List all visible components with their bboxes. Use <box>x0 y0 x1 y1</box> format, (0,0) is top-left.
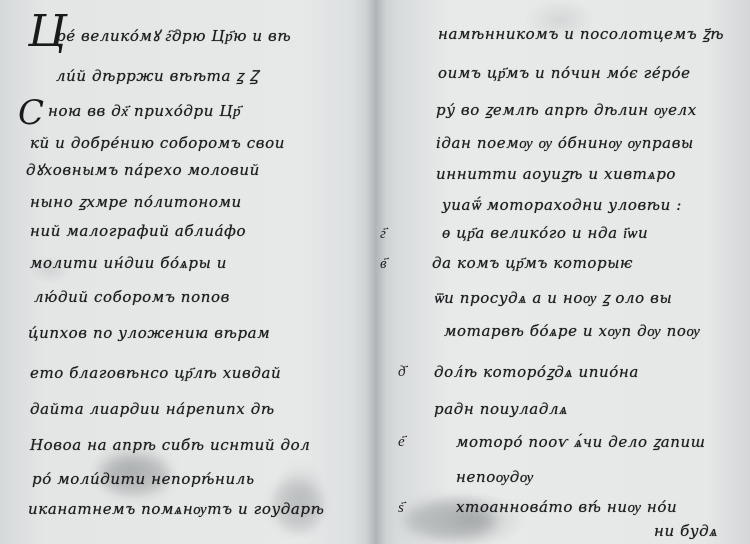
text-line: ето благовѣнсо цр҃лѣ хивдай <box>30 364 281 383</box>
text-line: моторо́ пооѵ ѧ́чи дело ꙁапиш <box>456 432 706 452</box>
manuscript-spread: Ц С ре́ велико́мꙋ г҇дрю Цр҃ю и вѣ ли́й д… <box>0 0 750 544</box>
text-line: хтоаннова́то вѣ́ ниѹ но́и <box>456 498 677 517</box>
margin-numeral: е҃ <box>398 432 405 451</box>
decorated-initial-second: С <box>18 96 44 130</box>
text-line: намѣнникомъ и посолотцемъ ꙁ҃ѣ <box>438 24 724 44</box>
margin-numeral: г҃ <box>380 224 386 243</box>
text-line: молити ин́дии бо́ѧры и <box>30 254 227 273</box>
text-line: оимъ цр҃мъ и по́чин мо́є ге́ро́е <box>438 64 691 83</box>
text-line: ѳ цр҃а велико́го и нда і҃ѡи <box>442 224 648 243</box>
text-line: ру́ во ꙁемлѣ апрѣ дѣлин ѹелх <box>436 100 697 120</box>
text-line: ли́й дѣрржи вѣѣта ꙁ Ꙁ <box>56 66 259 86</box>
right-page: намѣнникомъ и посолотцемъ ꙁ҃ѣ оимъ цр҃мъ… <box>386 0 750 544</box>
margin-numeral: в҃ <box>380 254 387 273</box>
text-line: ідан поемѹ ѹ о́бнинѹ ѹправы <box>436 134 694 153</box>
margin-numeral: д҃ <box>398 362 406 381</box>
text-line: мотарвѣ бо́ѧре и хѹп дѹ поѹ <box>444 322 700 341</box>
text-line: ни будѧ <box>654 522 718 541</box>
text-line: да комъ цр҃мъ которыѥ <box>432 254 633 273</box>
text-line: дайта лиардии на́репипх дѣ <box>30 400 275 418</box>
text-line: ц́ипхов по уложениꙗ вѣрам <box>28 324 270 342</box>
text-line: ре́ велико́мꙋ г҇дрю Цр҃ю и вѣ <box>56 26 291 46</box>
text-line: ний малографий аблиа́фо <box>30 222 246 240</box>
text-line: непоѹдѹ <box>456 468 534 487</box>
text-line: дꙋховнымъ па́рехо моловий <box>26 160 260 180</box>
text-line: ро́ моли́дити непорѣ́ниль <box>32 470 255 488</box>
text-line: иканатнемъ помѧнѹтъ и гоударѣ <box>28 500 324 519</box>
text-line: Новоа на апрѣ сибѣ иснтий дол <box>30 436 310 454</box>
left-page: Ц С ре́ велико́мꙋ г҇дрю Цр҃ю и вѣ ли́й д… <box>0 0 366 544</box>
text-line: кй и добре́нию соборомъ свои <box>30 134 285 152</box>
text-line: ноꙗ вв дх҃ прихо́дри Цр҃ <box>48 102 241 121</box>
text-line: иннитти аоуиꙁѣ и хивтѧро <box>436 164 676 184</box>
text-line: ныно ꙁхмре по́литономи <box>30 192 242 212</box>
text-line: дол́ѣ которо́ꙁдѧ ипио́на <box>434 362 639 382</box>
text-line: лю́дий соборомъ попов <box>34 288 230 306</box>
text-line: радн поиуладлѧ <box>434 400 568 419</box>
margin-numeral: ѕ҃ <box>398 498 404 517</box>
text-line: ѿи просудѧ а и ноѹ ꙁ оло вы <box>434 288 672 308</box>
text-line: уиаѿ́ мотораходни уловѣи : <box>442 196 682 215</box>
